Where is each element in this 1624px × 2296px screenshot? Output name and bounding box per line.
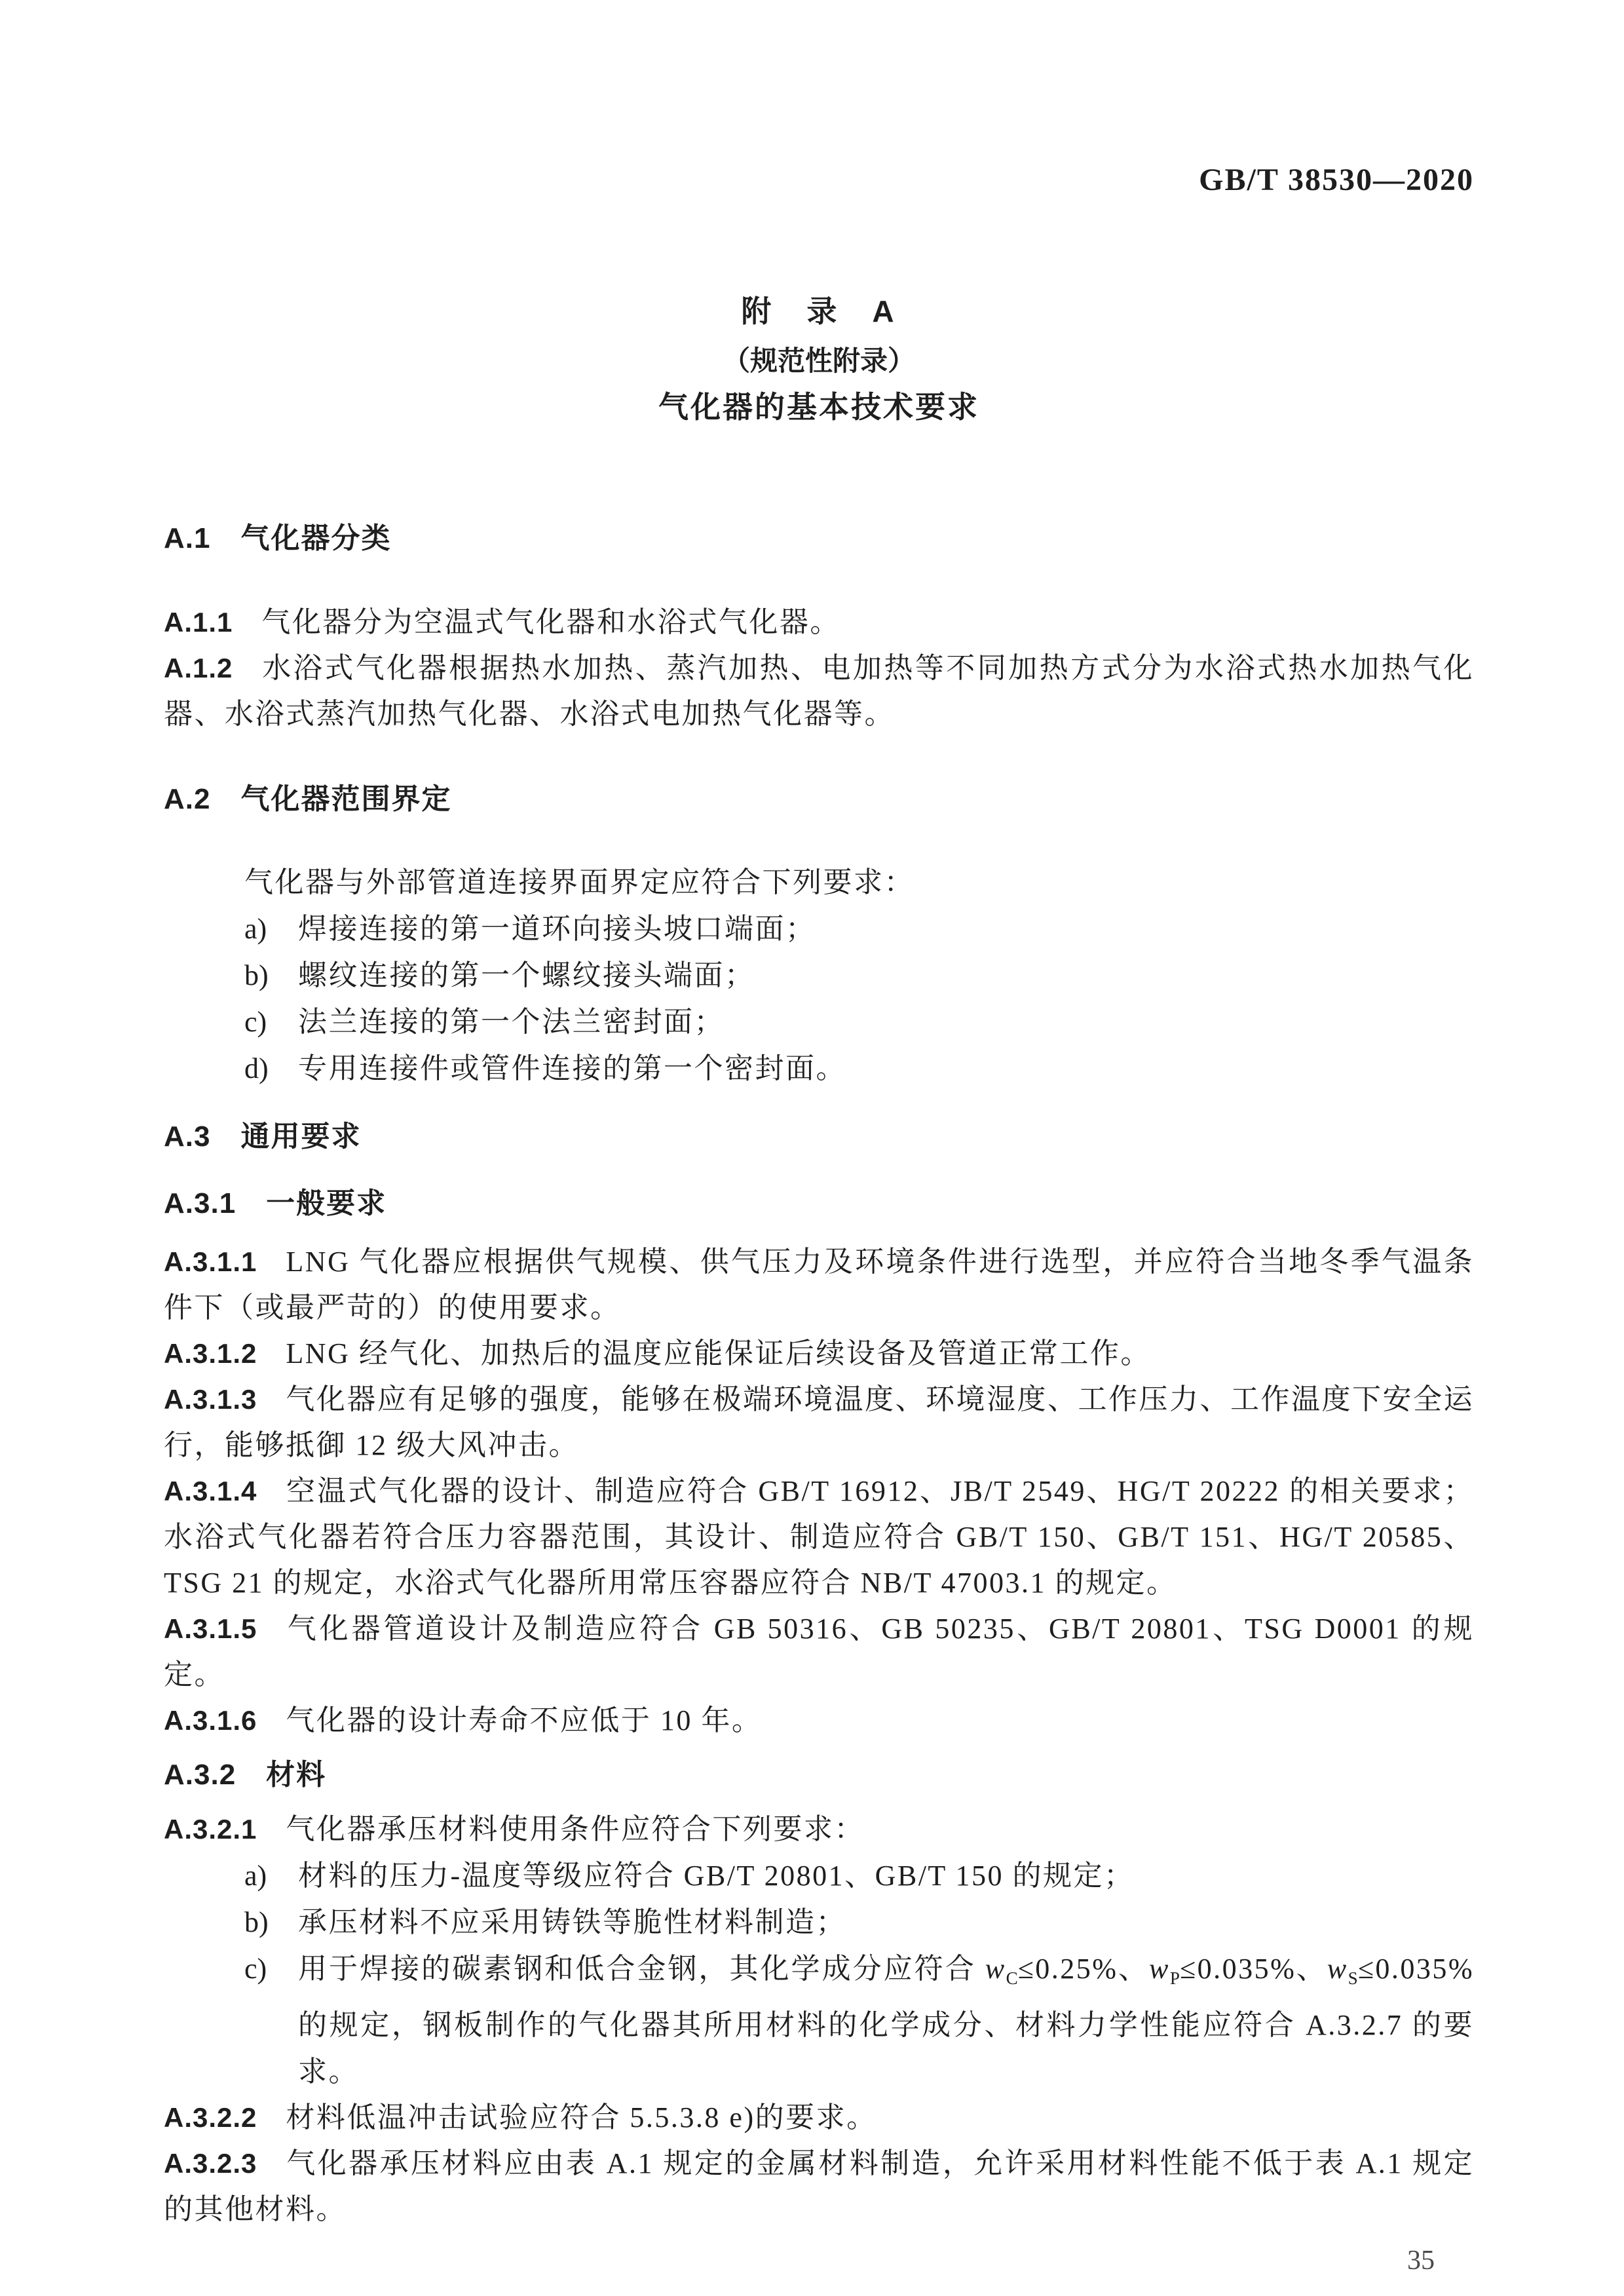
section-a31-title: 一般要求 [266,1187,387,1219]
appendix-subject: 气化器的基本技术要求 [164,387,1474,427]
clause-a314-number: A.3.1.4 [164,1476,257,1506]
appendix-normative-label: （规范性附录） [164,343,1474,379]
appendix-label: 附 录 A [164,292,1474,331]
section-a3: A.3通用要求 A.3.1一般要求 A.3.1.1LNG 气化器应根据供气规模、… [164,1118,1474,2232]
clause-a313: A.3.1.3气化器应有足够的强度，能够在极端环境温度、环境湿度、工作压力、工作… [164,1377,1474,1468]
section-a32-clauses: A.3.2.1气化器承压材料使用条件应符合下列要求： a)材料的压力-温度等级应… [164,1807,1474,2232]
clause-a322-text: 材料低温冲击试验应符合 5.5.3.8 e)的要求。 [286,2101,877,2133]
clause-a1-1-text: 气化器分为空温式气化器和水浴式气化器。 [261,606,840,638]
clause-a321-list: a)材料的压力-温度等级应符合 GB/T 20801、GB/T 150 的规定；… [164,1852,1474,2095]
list-item-a-label: a) [244,906,267,952]
section-a3-title: 通用要求 [240,1120,361,1153]
clause-a312: A.3.1.2LNG 经气化、加热后的温度应能保证后续设备及管道正常工作。 [164,1331,1474,1377]
section-a32-number: A.3.2 [164,1759,236,1791]
section-a3-number: A.3 [164,1120,210,1153]
clause-a323-number: A.3.2.3 [164,2148,257,2179]
clause-a321-number: A.3.2.1 [164,1814,257,1845]
section-a32-heading: A.3.2材料 [164,1757,1474,1793]
page-number: 35 [164,2243,1474,2278]
material-item-c: c)用于焊接的碳素钢和低合金钢，其化学成分应符合 wC≤0.25%、wP≤0.0… [164,1945,1474,2095]
clause-a314-text: 空温式气化器的设计、制造应符合 GB/T 16912、JB/T 2549、HG/… [164,1475,1474,1599]
clause-a315: A.3.1.5气化器管道设计及制造应符合 GB 50316、GB 50235、G… [164,1606,1474,1698]
clause-a313-text: 气化器应有足够的强度，能够在极端环境温度、环境湿度、工作压力、工作温度下安全运行… [164,1383,1474,1461]
section-a31-heading: A.3.1一般要求 [164,1185,1474,1222]
list-item-b: b)螺纹连接的第一个螺纹接头端面； [164,952,1474,999]
clause-a1-1: A.1.1气化器分为空温式气化器和水浴式气化器。 [164,600,1474,645]
list-item-a: a)焊接连接的第一道环向接头坡口端面； [164,906,1474,952]
clause-a1-2-text: 水浴式气化器根据热水加热、蒸汽加热、电加热等不同加热方式分为水浴式热水加热气化器… [164,652,1474,730]
section-a32-title: 材料 [266,1759,326,1791]
section-a1-heading: A.1气化器分类 [164,520,1474,558]
clause-a311: A.3.1.1LNG 气化器应根据供气规模、供气压力及环境条件进行选型，并应符合… [164,1239,1474,1331]
material-item-b-text: 承压材料不应采用铸铁等脆性材料制造； [298,1906,846,1938]
section-a2: A.2气化器范围界定 气化器与外部管道连接界面界定应符合下列要求： a)焊接连接… [164,780,1474,1092]
material-item-a-text: 材料的压力-温度等级应符合 GB/T 20801、GB/T 150 的规定； [298,1860,1135,1892]
clause-a313-number: A.3.1.3 [164,1384,257,1415]
clause-a314: A.3.1.4空温式气化器的设计、制造应符合 GB/T 16912、JB/T 2… [164,1468,1474,1606]
list-item-b-label: b) [244,952,269,999]
clause-a316-text: 气化器的设计寿命不应低于 10 年。 [286,1704,762,1736]
clause-a315-number: A.3.1.5 [164,1613,257,1644]
list-item-b-text: 螺纹连接的第一个螺纹接头端面； [298,959,755,991]
section-a2-number: A.2 [164,783,210,815]
clause-a1-2: A.1.2水浴式气化器根据热水加热、蒸汽加热、电加热等不同加热方式分为水浴式热水… [164,645,1474,737]
material-item-a: a)材料的压力-温度等级应符合 GB/T 20801、GB/T 150 的规定； [164,1852,1474,1899]
document-page: GB/T 38530—2020 附 录 A （规范性附录） 气化器的基本技术要求… [0,0,1624,2296]
section-a32: A.3.2材料 A.3.2.1气化器承压材料使用条件应符合下列要求： a)材料的… [164,1757,1474,2232]
material-item-c-label: c) [244,1945,267,1992]
list-item-c-text: 法兰连接的第一个法兰密封面； [298,1006,725,1038]
clause-a1-1-number: A.1.1 [164,607,233,638]
clause-a315-text: 气化器管道设计及制造应符合 GB 50316、GB 50235、GB/T 208… [164,1613,1474,1691]
section-a31-clauses: A.3.1.1LNG 气化器应根据供气规模、供气压力及环境条件进行选型，并应符合… [164,1239,1474,1744]
material-item-b-label: b) [244,1899,269,1945]
section-a2-title: 气化器范围界定 [240,783,451,815]
section-a1-clauses: A.1.1气化器分为空温式气化器和水浴式气化器。 A.1.2水浴式气化器根据热水… [164,600,1474,737]
section-a31-number: A.3.1 [164,1187,236,1219]
section-a1-title: 气化器分类 [240,522,391,554]
material-item-a-label: a) [244,1852,267,1899]
section-a2-list: a)焊接连接的第一道环向接头坡口端面； b)螺纹连接的第一个螺纹接头端面； c)… [164,906,1474,1092]
section-a1-number: A.1 [164,522,210,554]
list-item-a-text: 焊接连接的第一道环向接头坡口端面； [298,913,816,945]
material-item-c-text: 用于焊接的碳素钢和低合金钢，其化学成分应符合 wC≤0.25%、wP≤0.035… [298,1953,1474,2088]
clause-a321: A.3.2.1气化器承压材料使用条件应符合下列要求： [164,1807,1474,1852]
clause-a323-text: 气化器承压材料应由表 A.1 规定的金属材料制造，允许采用材料性能不低于表 A.… [164,2147,1474,2225]
list-item-d-text: 专用连接件或管件连接的第一个密封面。 [298,1052,846,1084]
list-item-c: c)法兰连接的第一个法兰密封面； [164,999,1474,1045]
clause-a316: A.3.1.6气化器的设计寿命不应低于 10 年。 [164,1698,1474,1744]
clause-a322-number: A.3.2.2 [164,2102,257,2133]
section-a1: A.1气化器分类 A.1.1气化器分为空温式气化器和水浴式气化器。 A.1.2水… [164,520,1474,737]
list-item-d-label: d) [244,1045,269,1092]
clause-a323: A.3.2.3气化器承压材料应由表 A.1 规定的金属材料制造，允许采用材料性能… [164,2141,1474,2232]
clause-a1-2-number: A.1.2 [164,653,233,683]
clause-a311-text: LNG 气化器应根据供气规模、供气压力及环境条件进行选型，并应符合当地冬季气温条… [164,1246,1474,1324]
section-a2-heading: A.2气化器范围界定 [164,780,1474,818]
clause-a322: A.3.2.2材料低温冲击试验应符合 5.5.3.8 e)的要求。 [164,2095,1474,2141]
clause-a312-number: A.3.1.2 [164,1338,257,1369]
standard-code: GB/T 38530—2020 [164,161,1474,200]
clause-a316-number: A.3.1.6 [164,1705,257,1736]
clause-a312-text: LNG 经气化、加热后的温度应能保证后续设备及管道正常工作。 [286,1337,1150,1369]
section-a31: A.3.1一般要求 A.3.1.1LNG 气化器应根据供气规模、供气压力及环境条… [164,1185,1474,1744]
appendix-title-block: 附 录 A （规范性附录） 气化器的基本技术要求 [164,292,1474,427]
list-item-d: d)专用连接件或管件连接的第一个密封面。 [164,1045,1474,1092]
material-item-b: b)承压材料不应采用铸铁等脆性材料制造； [164,1899,1474,1945]
clause-a311-number: A.3.1.1 [164,1246,257,1277]
clause-a321-text: 气化器承压材料使用条件应符合下列要求： [286,1813,865,1845]
section-a2-intro: 气化器与外部管道连接界面界定应符合下列要求： [164,859,1474,906]
section-a3-heading: A.3通用要求 [164,1118,1474,1156]
list-item-c-label: c) [244,999,267,1045]
